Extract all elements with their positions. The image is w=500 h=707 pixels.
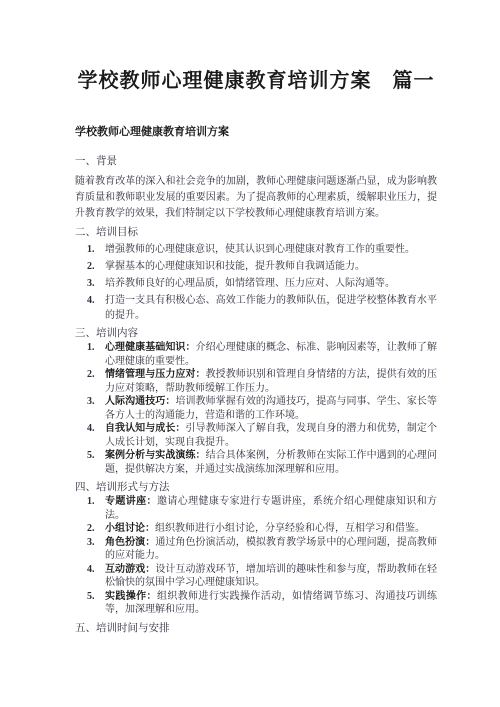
- section-heading-background: 一、背景: [75, 154, 437, 169]
- list-item: 情绪管理与压力应对：教授教师识别和管理自身情绪的方法，提供有效的压力应对策略，帮…: [75, 368, 437, 395]
- item-text: 培养教师良好的心理品质，如情绪管理、压力应对、人际沟通等。: [105, 278, 395, 289]
- list-item: 掌握基本的心理健康知识和技能，提升教师自我调适能力。: [75, 259, 437, 274]
- document-subtitle: 学校教师心理健康教育培训方案: [75, 125, 437, 139]
- goals-list: 增强教师的心理健康意识，使其认识到心理健康对教育工作的重要性。 掌握基本的心理健…: [75, 242, 437, 323]
- section-heading-methods: 四、培训形式与方法: [75, 480, 437, 495]
- item-text: 打造一支具有积极心态、高效工作能力的教师队伍，促进学校整体教育水平的提升。: [105, 295, 437, 321]
- item-lead: 自我认知与成长：: [105, 423, 186, 434]
- document-title: 学校教师心理健康教育培训方案 篇一: [75, 66, 437, 96]
- list-item: 实践操作：组织教师进行实践操作活动，如情绪调节练习、沟通技巧训练等，加深理解和应…: [75, 590, 437, 617]
- list-item: 专题讲座：邀请心理健康专家进行专题讲座，系统介绍心理健康知识和方法。: [75, 495, 437, 522]
- list-item: 打造一支具有积极心态、高效工作能力的教师队伍，促进学校整体教育水平的提升。: [75, 293, 437, 323]
- item-lead: 人际沟通技巧：: [105, 396, 175, 407]
- content-list: 心理健康基础知识：介绍心理健康的概念、标准、影响因素等，让教师了解心理健康的重要…: [75, 341, 437, 476]
- section-heading-schedule: 五、培训时间与安排: [75, 621, 437, 636]
- list-item: 互动游戏：设计互动游戏环节，增加培训的趣味性和参与度，帮助教师在轻松愉快的氛围中…: [75, 563, 437, 590]
- background-paragraph: 随着教育改革的深入和社会竞争的加剧，教师心理健康问题逐渐凸显，成为影响教育质量和…: [75, 174, 437, 222]
- document-page: 学校教师心理健康教育培训方案 篇一 学校教师心理健康教育培训方案 一、背景 随着…: [0, 0, 500, 707]
- item-lead: 案例分析与实战演练：: [105, 450, 206, 461]
- item-text: 通过角色扮演活动，模拟教育教学场景中的心理问题，提高教师的应对能力。: [105, 537, 437, 562]
- item-text: 增强教师的心理健康意识，使其认识到心理健康对教育工作的重要性。: [105, 244, 415, 255]
- item-lead: 情绪管理与压力应对：: [105, 369, 206, 380]
- list-item: 培养教师良好的心理品质，如情绪管理、压力应对、人际沟通等。: [75, 276, 437, 291]
- list-item: 增强教师的心理健康意识，使其认识到心理健康对教育工作的重要性。: [75, 242, 437, 257]
- list-item: 角色扮演：通过角色扮演活动，模拟教育教学场景中的心理问题，提高教师的应对能力。: [75, 536, 437, 563]
- item-lead: 小组讨论：: [105, 523, 155, 534]
- list-item: 自我认知与成长：引导教师深入了解自我，发现自身的潜力和优势，制定个人成长计划，实…: [75, 422, 437, 449]
- item-text: 组织教师进行小组讨论，分享经验和心得，互相学习和借鉴。: [155, 523, 425, 534]
- methods-list: 专题讲座：邀请心理健康专家进行专题讲座，系统介绍心理健康知识和方法。 小组讨论：…: [75, 495, 437, 617]
- item-lead: 专题讲座：: [105, 496, 157, 507]
- list-item: 人际沟通技巧：培训教师掌握有效的沟通技巧，提高与同事、学生、家长等各方人士的沟通…: [75, 395, 437, 422]
- item-lead: 实践操作：: [105, 591, 157, 602]
- section-heading-content: 三、培训内容: [75, 326, 437, 341]
- item-text: 掌握基本的心理健康知识和技能，提升教师自我调适能力。: [105, 261, 365, 272]
- document-content: 学校教师心理健康教育培训方案 篇一 学校教师心理健康教育培训方案 一、背景 随着…: [0, 66, 500, 636]
- item-lead: 互动游戏：: [105, 564, 155, 575]
- item-lead: 心理健康基础知识：: [105, 342, 196, 353]
- list-item: 案例分析与实战演练：结合具体案例，分析教师在实际工作中遇到的心理问题，提供解决方…: [75, 449, 437, 476]
- list-item: 小组讨论：组织教师进行小组讨论，分享经验和心得，互相学习和借鉴。: [75, 522, 437, 536]
- section-heading-goals: 二、培训目标: [75, 225, 437, 240]
- item-lead: 角色扮演：: [105, 537, 155, 548]
- item-text: 设计互动游戏环节，增加培训的趣味性和参与度，帮助教师在轻松愉快的氛围中学习心理健…: [105, 564, 437, 589]
- list-item: 心理健康基础知识：介绍心理健康的概念、标准、影响因素等，让教师了解心理健康的重要…: [75, 341, 437, 368]
